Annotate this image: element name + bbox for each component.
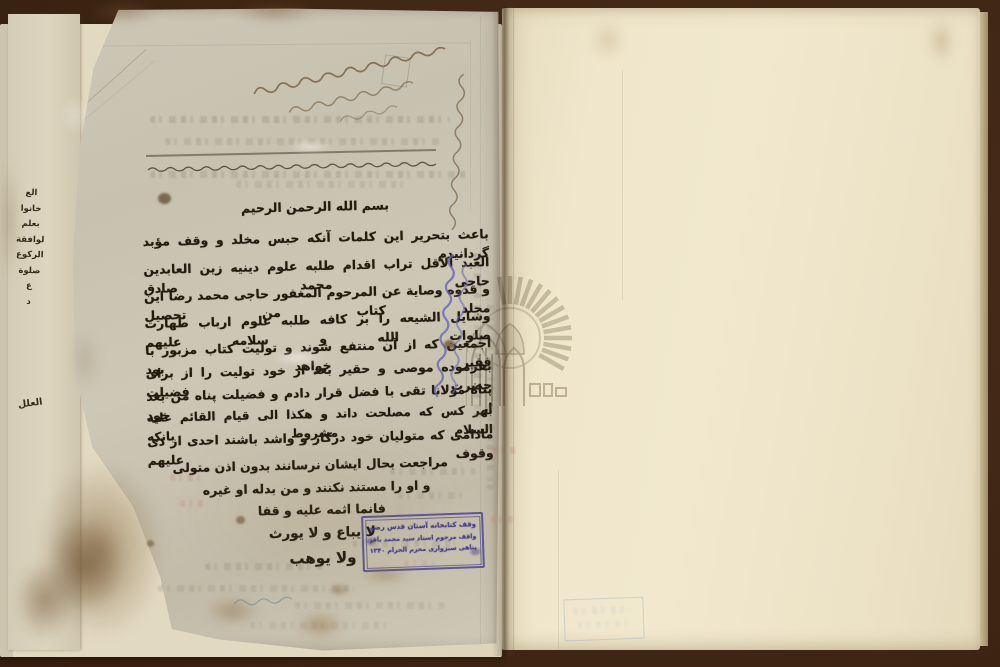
page-crease xyxy=(558,470,559,650)
stain-mark xyxy=(928,18,954,64)
ghost-text-bleedthrough xyxy=(295,602,445,609)
stain-mark xyxy=(328,583,350,597)
ink-spot xyxy=(236,516,245,524)
ghost-stamp-outline xyxy=(381,54,411,87)
repair-patch xyxy=(288,140,332,153)
stain-mark xyxy=(205,597,260,625)
page-edge-strip xyxy=(980,12,988,646)
faded-blue-stamp-outline xyxy=(563,597,644,642)
stain-mark xyxy=(70,330,100,390)
repair-patch xyxy=(272,350,324,366)
margin-fragment: خانوا xyxy=(15,201,47,217)
stain-mark xyxy=(590,20,626,60)
margin-fragment: الرکوع xyxy=(14,248,46,264)
margin-word: العلل xyxy=(17,395,43,413)
stain-mark xyxy=(88,2,158,22)
ghost-text-bleedthrough xyxy=(573,606,631,615)
water-stain xyxy=(15,560,75,640)
stain-mark xyxy=(296,612,344,638)
repair-patch xyxy=(60,95,90,135)
ghost-text-bleedthrough xyxy=(236,181,406,188)
ghost-text-bleedthrough xyxy=(577,620,627,629)
ink-spot xyxy=(158,193,171,204)
margin-fragment: بعلم xyxy=(14,217,46,233)
stain-mark xyxy=(235,0,315,22)
margin-fragment: صلوة xyxy=(13,263,45,279)
ink-spot xyxy=(444,340,455,349)
ink-spot xyxy=(147,540,154,547)
stain-mark xyxy=(360,565,410,585)
ghost-text-bleedthrough xyxy=(150,171,468,178)
basmala-line: بسم الله الرحمن الرحیم xyxy=(230,195,400,219)
margin-fragment: د xyxy=(12,294,44,310)
margin-fragment: الع xyxy=(15,186,47,202)
water-stain xyxy=(0,160,18,280)
margin-fragment: لوافقة xyxy=(14,232,46,248)
embossed-library-seal xyxy=(466,258,598,408)
book-open-photo: الع خانوا بعلم لوافقة الرکوع صلوة ع د ال… xyxy=(0,0,1000,667)
page-crease xyxy=(622,70,623,300)
ghost-text-bleedthrough xyxy=(150,116,450,123)
margin-fragment: ع xyxy=(13,279,45,295)
stain-mark xyxy=(180,420,460,600)
